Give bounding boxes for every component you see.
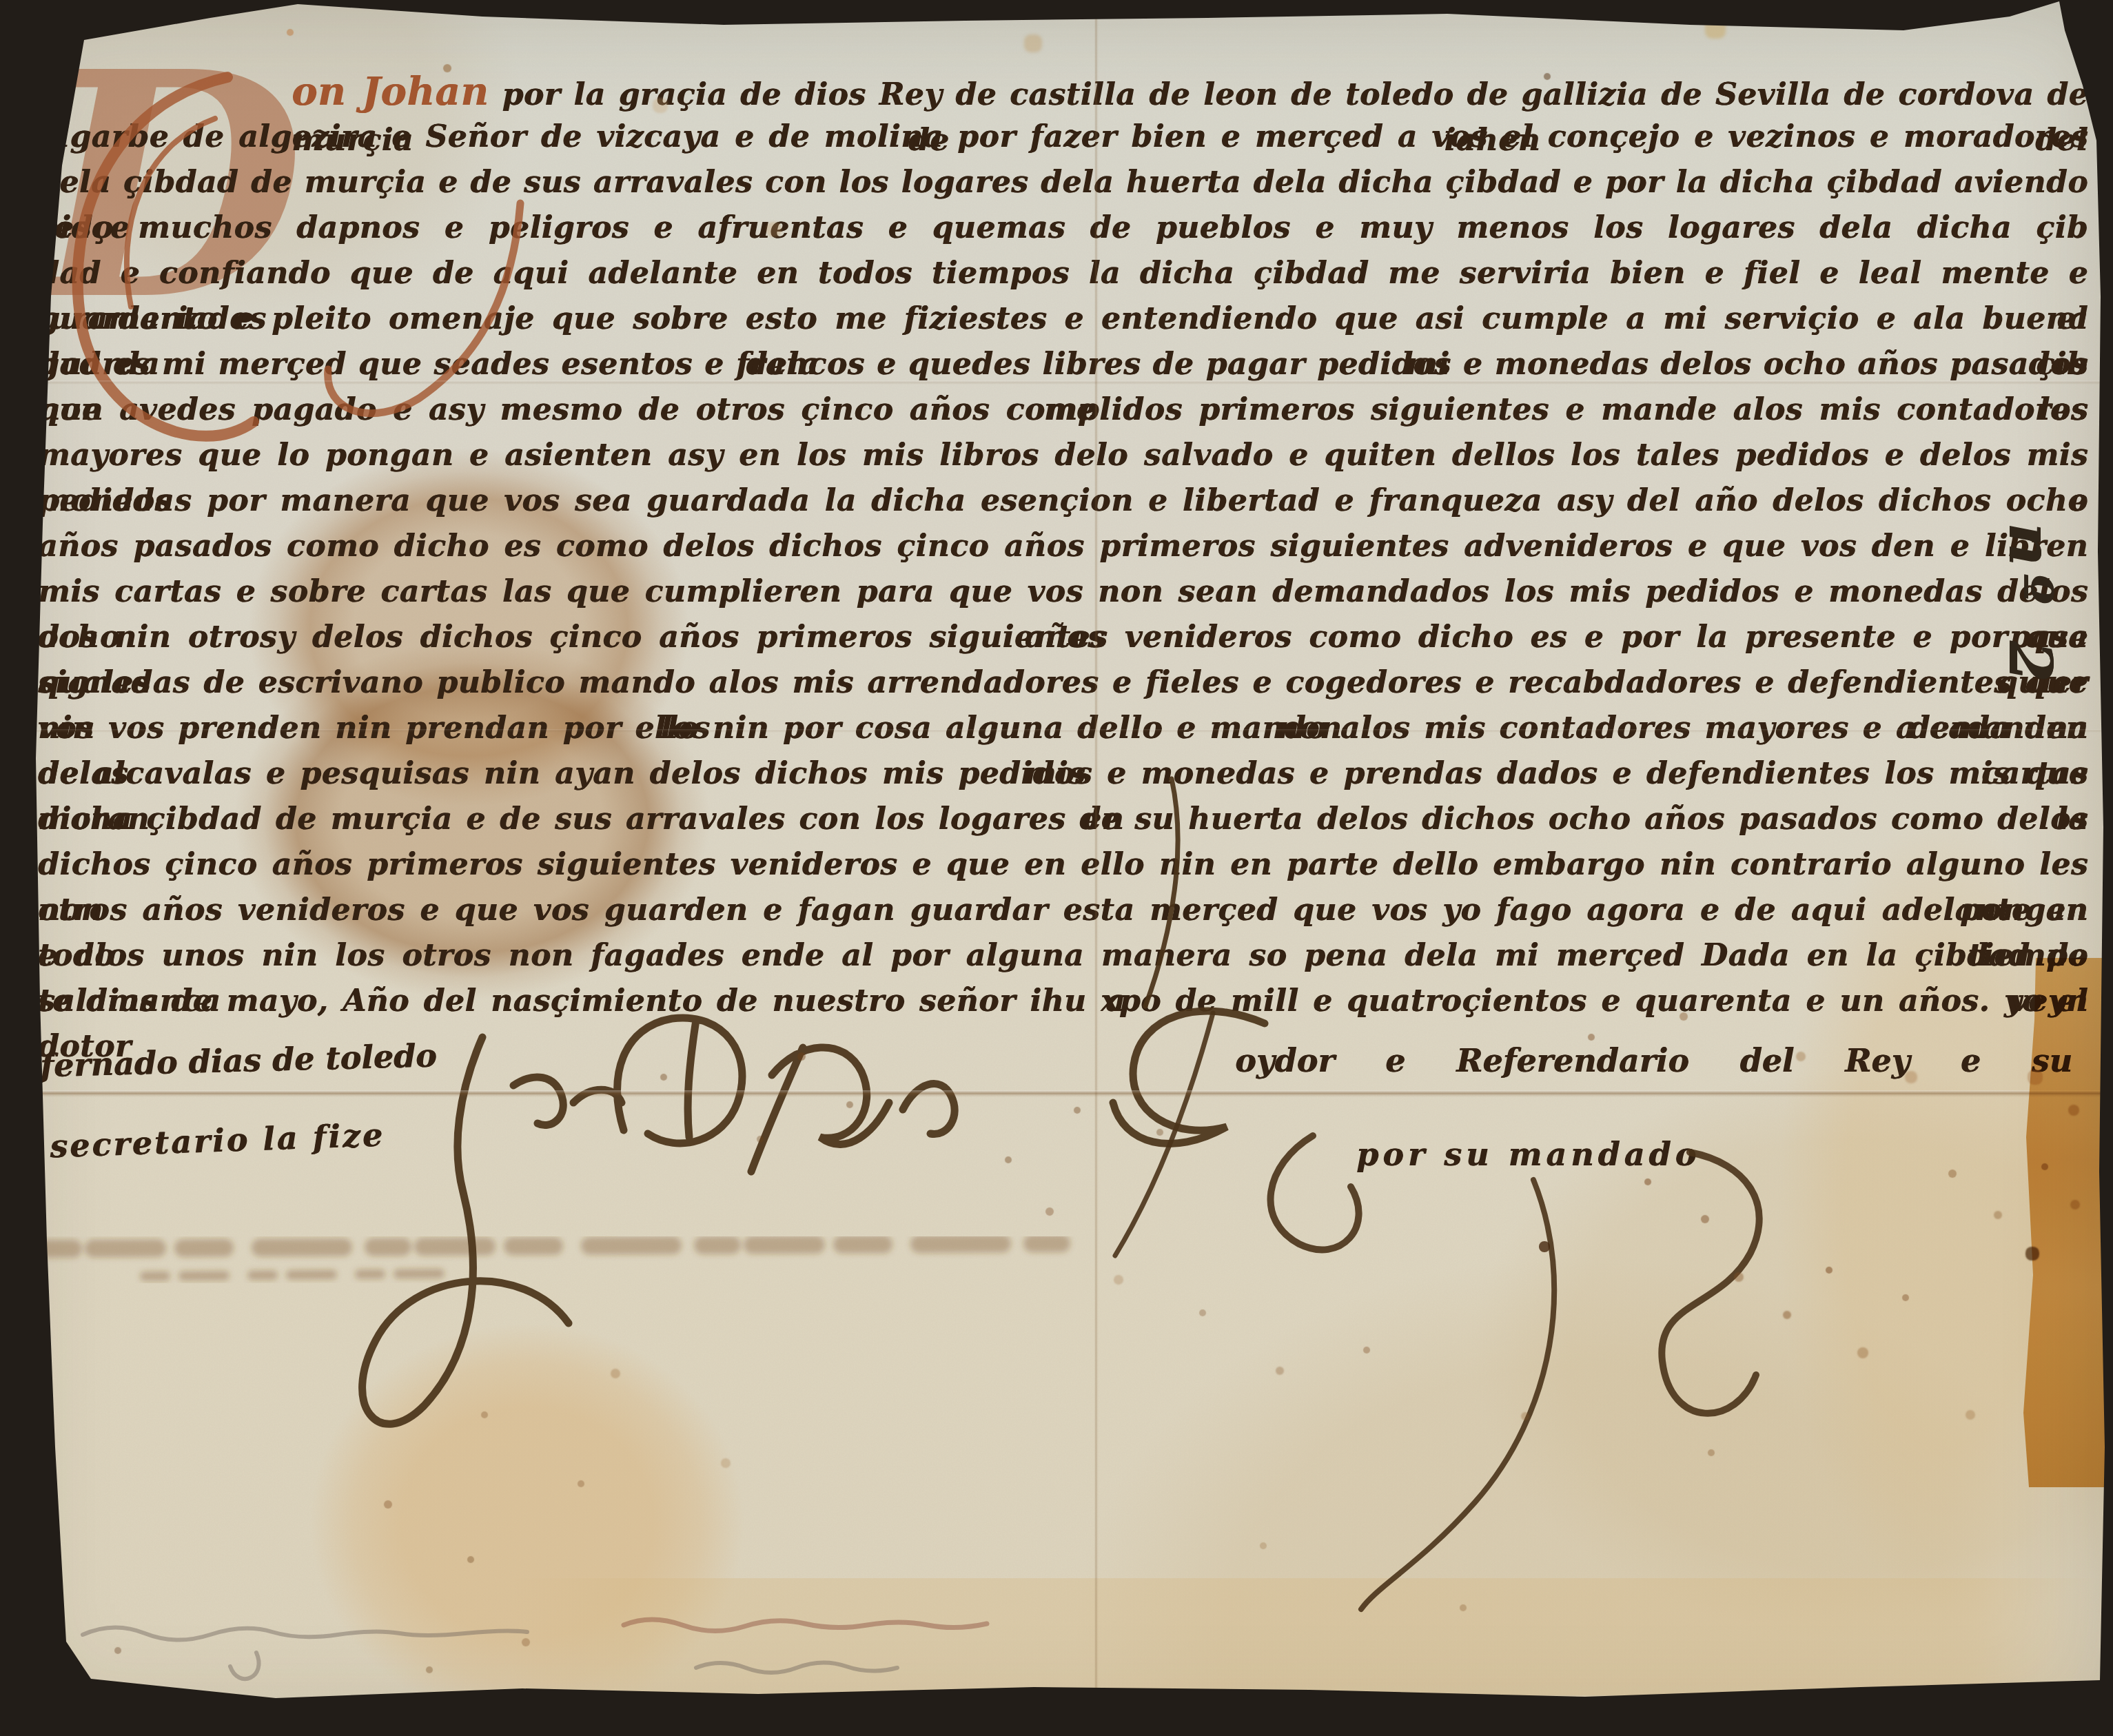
bleed-through-marks bbox=[44, 1243, 1075, 1276]
fold-crease-main bbox=[0, 1090, 2113, 1097]
faded-stamp-squiggles bbox=[624, 1620, 987, 1631]
pen-flourishes bbox=[0, 0, 2113, 1736]
archival-note-squiggles bbox=[83, 1627, 897, 1679]
fold-line-vertical bbox=[1094, 0, 1099, 1736]
foxing-speckles bbox=[0, 0, 4, 4]
fold-line-upper bbox=[0, 380, 2113, 385]
royal-rubric-signature bbox=[363, 779, 1265, 1424]
scan-background: D on Johan por la graçia de dios Rey de … bbox=[0, 0, 2113, 1736]
manuscript-page: D on Johan por la graçia de dios Rey de … bbox=[0, 0, 2113, 1736]
tape-residue-patch bbox=[2023, 958, 2105, 1487]
mandate-flourishes bbox=[1115, 1013, 1759, 1609]
fold-line-middle bbox=[0, 729, 2113, 733]
